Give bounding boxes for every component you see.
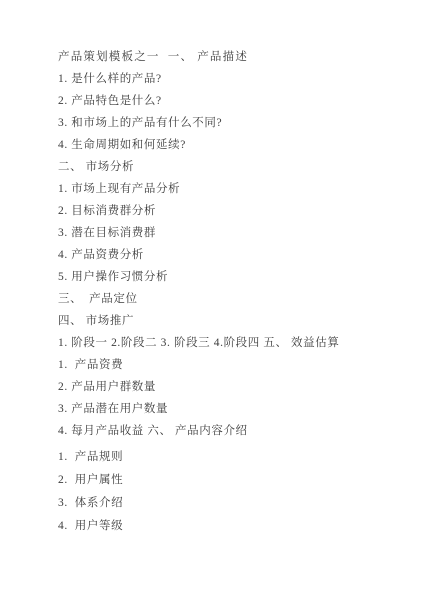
doc-line: 3. 产品潜在用户数量 [58,398,393,420]
doc-section-head: 二、 市场分析 [58,156,393,178]
doc-line: 3. 体系介绍 [58,492,393,515]
doc-title: 产品策划模板之一 一、 产品描述 [58,46,393,68]
doc-line: 4. 每月产品收益 六、 产品内容介绍 [58,420,393,442]
doc-line: 2. 用户属性 [58,469,393,492]
document-page: 产品策划模板之一 一、 产品描述 1. 是什么样的产品? 2. 产品特色是什么?… [0,0,423,600]
doc-line: 3. 潜在目标消费群 [58,222,393,244]
doc-line: 2. 目标消费群分析 [58,200,393,222]
doc-line: 1. 市场上现有产品分析 [58,178,393,200]
doc-line: 1. 产品资费 [58,354,393,376]
doc-line: 1. 产品规则 [58,446,393,469]
doc-section-head: 四、 市场推广 [58,310,393,332]
doc-line: 3. 和市场上的产品有什么不同? [58,112,393,134]
doc-line: 1. 是什么样的产品? [58,68,393,90]
doc-line: 1. 阶段一 2.阶段二 3. 阶段三 4.阶段四 五、 效益估算 [58,332,393,354]
doc-line: 4. 产品资费分析 [58,244,393,266]
doc-line: 5. 用户操作习惯分析 [58,266,393,288]
doc-line: 4. 用户等级 [58,515,393,538]
doc-line: 4. 生命周期如和何延续? [58,134,393,156]
doc-section-head: 三、 产品定位 [58,288,393,310]
doc-line: 2. 产品特色是什么? [58,90,393,112]
doc-line: 2. 产品用户群数量 [58,376,393,398]
